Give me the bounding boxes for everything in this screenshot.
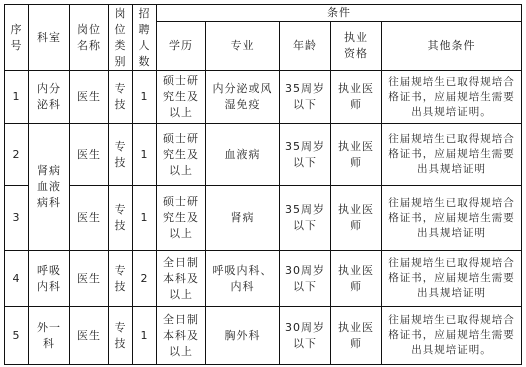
cell-index: 3 (5, 186, 29, 251)
cell-license: 执业医师 (331, 307, 382, 365)
cell-headcount: 1 (133, 124, 157, 186)
cell-department: 呼吸内科 (29, 251, 70, 307)
cell-other: 往届规培生已取得规培合格证书，应届规培生需要出具规培证明 (382, 186, 522, 251)
cell-license: 执业医师 (331, 124, 382, 186)
cell-headcount: 1 (133, 71, 157, 124)
cell-position-name: 医生 (70, 71, 109, 124)
header-index: 序号 (5, 5, 29, 71)
cell-other: 往届规培生已取得规培合格证书，应届规培生需要出具规培证明。 (382, 71, 522, 124)
cell-age: 35周岁以下 (280, 71, 331, 124)
cell-headcount: 1 (133, 186, 157, 251)
cell-position-type: 专技 (109, 307, 133, 365)
cell-age: 30周岁以下 (280, 307, 331, 365)
cell-position-type: 专技 (109, 186, 133, 251)
cell-age: 35周岁以下 (280, 124, 331, 186)
header-other: 其他条件 (382, 22, 522, 71)
header-conditions-group: 条件 (157, 5, 522, 22)
cell-major: 内分泌或风湿免疫 (206, 71, 280, 124)
header-position-type: 岗位类别 (109, 5, 133, 71)
cell-other: 往届规培生已取得规培合格证书，应届规培生需要出具规培证明。 (382, 307, 522, 365)
cell-index: 1 (5, 71, 29, 124)
cell-position-type: 专技 (109, 71, 133, 124)
cell-position-name: 医生 (70, 124, 109, 186)
cell-index: 5 (5, 307, 29, 365)
cell-headcount: 2 (133, 251, 157, 307)
header-position-name: 岗位名称 (70, 5, 109, 71)
cell-department: 内分泌科 (29, 71, 70, 124)
cell-other: 往届规培生已取得规培合格证书，应届规培生需要出具规培证明 (382, 251, 522, 307)
cell-age: 30周岁以下 (280, 251, 331, 307)
header-headcount: 招聘人数 (133, 5, 157, 71)
cell-license: 执业医师 (331, 186, 382, 251)
cell-major: 肾病 (206, 186, 280, 251)
cell-index: 2 (5, 124, 29, 186)
cell-age: 35周岁以下 (280, 186, 331, 251)
header-education: 学历 (157, 22, 206, 71)
cell-position-name: 医生 (70, 251, 109, 307)
table-row: 2 肾病血液病科 医生 专技 1 硕士研究生及以上 血液病 35周岁以下 执业医… (5, 124, 522, 186)
cell-education: 全日制本科及以上 (157, 307, 206, 365)
cell-position-type: 专技 (109, 124, 133, 186)
cell-major: 胸外科 (206, 307, 280, 365)
cell-education: 硕士研究生及以上 (157, 124, 206, 186)
cell-education: 硕士研究生及以上 (157, 71, 206, 124)
cell-position-name: 医生 (70, 307, 109, 365)
table-row: 4 呼吸内科 医生 专技 2 全日制本科及以上 呼吸内科、内科 30周岁以下 执… (5, 251, 522, 307)
header-major: 专业 (206, 22, 280, 71)
cell-license: 执业医师 (331, 251, 382, 307)
cell-license: 执业医师 (331, 71, 382, 124)
cell-other: 往届规培生已取得规培合格证书，应届规培生需要出具规培证明 (382, 124, 522, 186)
table-row: 3 医生 专技 1 硕士研究生及以上 肾病 35周岁以下 执业医师 往届规培生已… (5, 186, 522, 251)
cell-headcount: 1 (133, 307, 157, 365)
recruitment-table: 序号 科室 岗位名称 岗位类别 招聘人数 条件 学历 专业 年龄 执业资格 其他… (4, 4, 522, 365)
cell-major: 呼吸内科、内科 (206, 251, 280, 307)
cell-education: 全日制本科及以上 (157, 251, 206, 307)
cell-department: 外一科 (29, 307, 70, 365)
header-row-top: 序号 科室 岗位名称 岗位类别 招聘人数 条件 (5, 5, 522, 22)
cell-index: 4 (5, 251, 29, 307)
header-department: 科室 (29, 5, 70, 71)
cell-position-name: 医生 (70, 186, 109, 251)
cell-education: 硕士研究生及以上 (157, 186, 206, 251)
cell-major: 血液病 (206, 124, 280, 186)
cell-position-type: 专技 (109, 251, 133, 307)
table-row: 5 外一科 医生 专技 1 全日制本科及以上 胸外科 30周岁以下 执业医师 往… (5, 307, 522, 365)
header-age: 年龄 (280, 22, 331, 71)
header-license: 执业资格 (331, 22, 382, 71)
cell-department: 肾病血液病科 (29, 124, 70, 251)
table-row: 1 内分泌科 医生 专技 1 硕士研究生及以上 内分泌或风湿免疫 35周岁以下 … (5, 71, 522, 124)
